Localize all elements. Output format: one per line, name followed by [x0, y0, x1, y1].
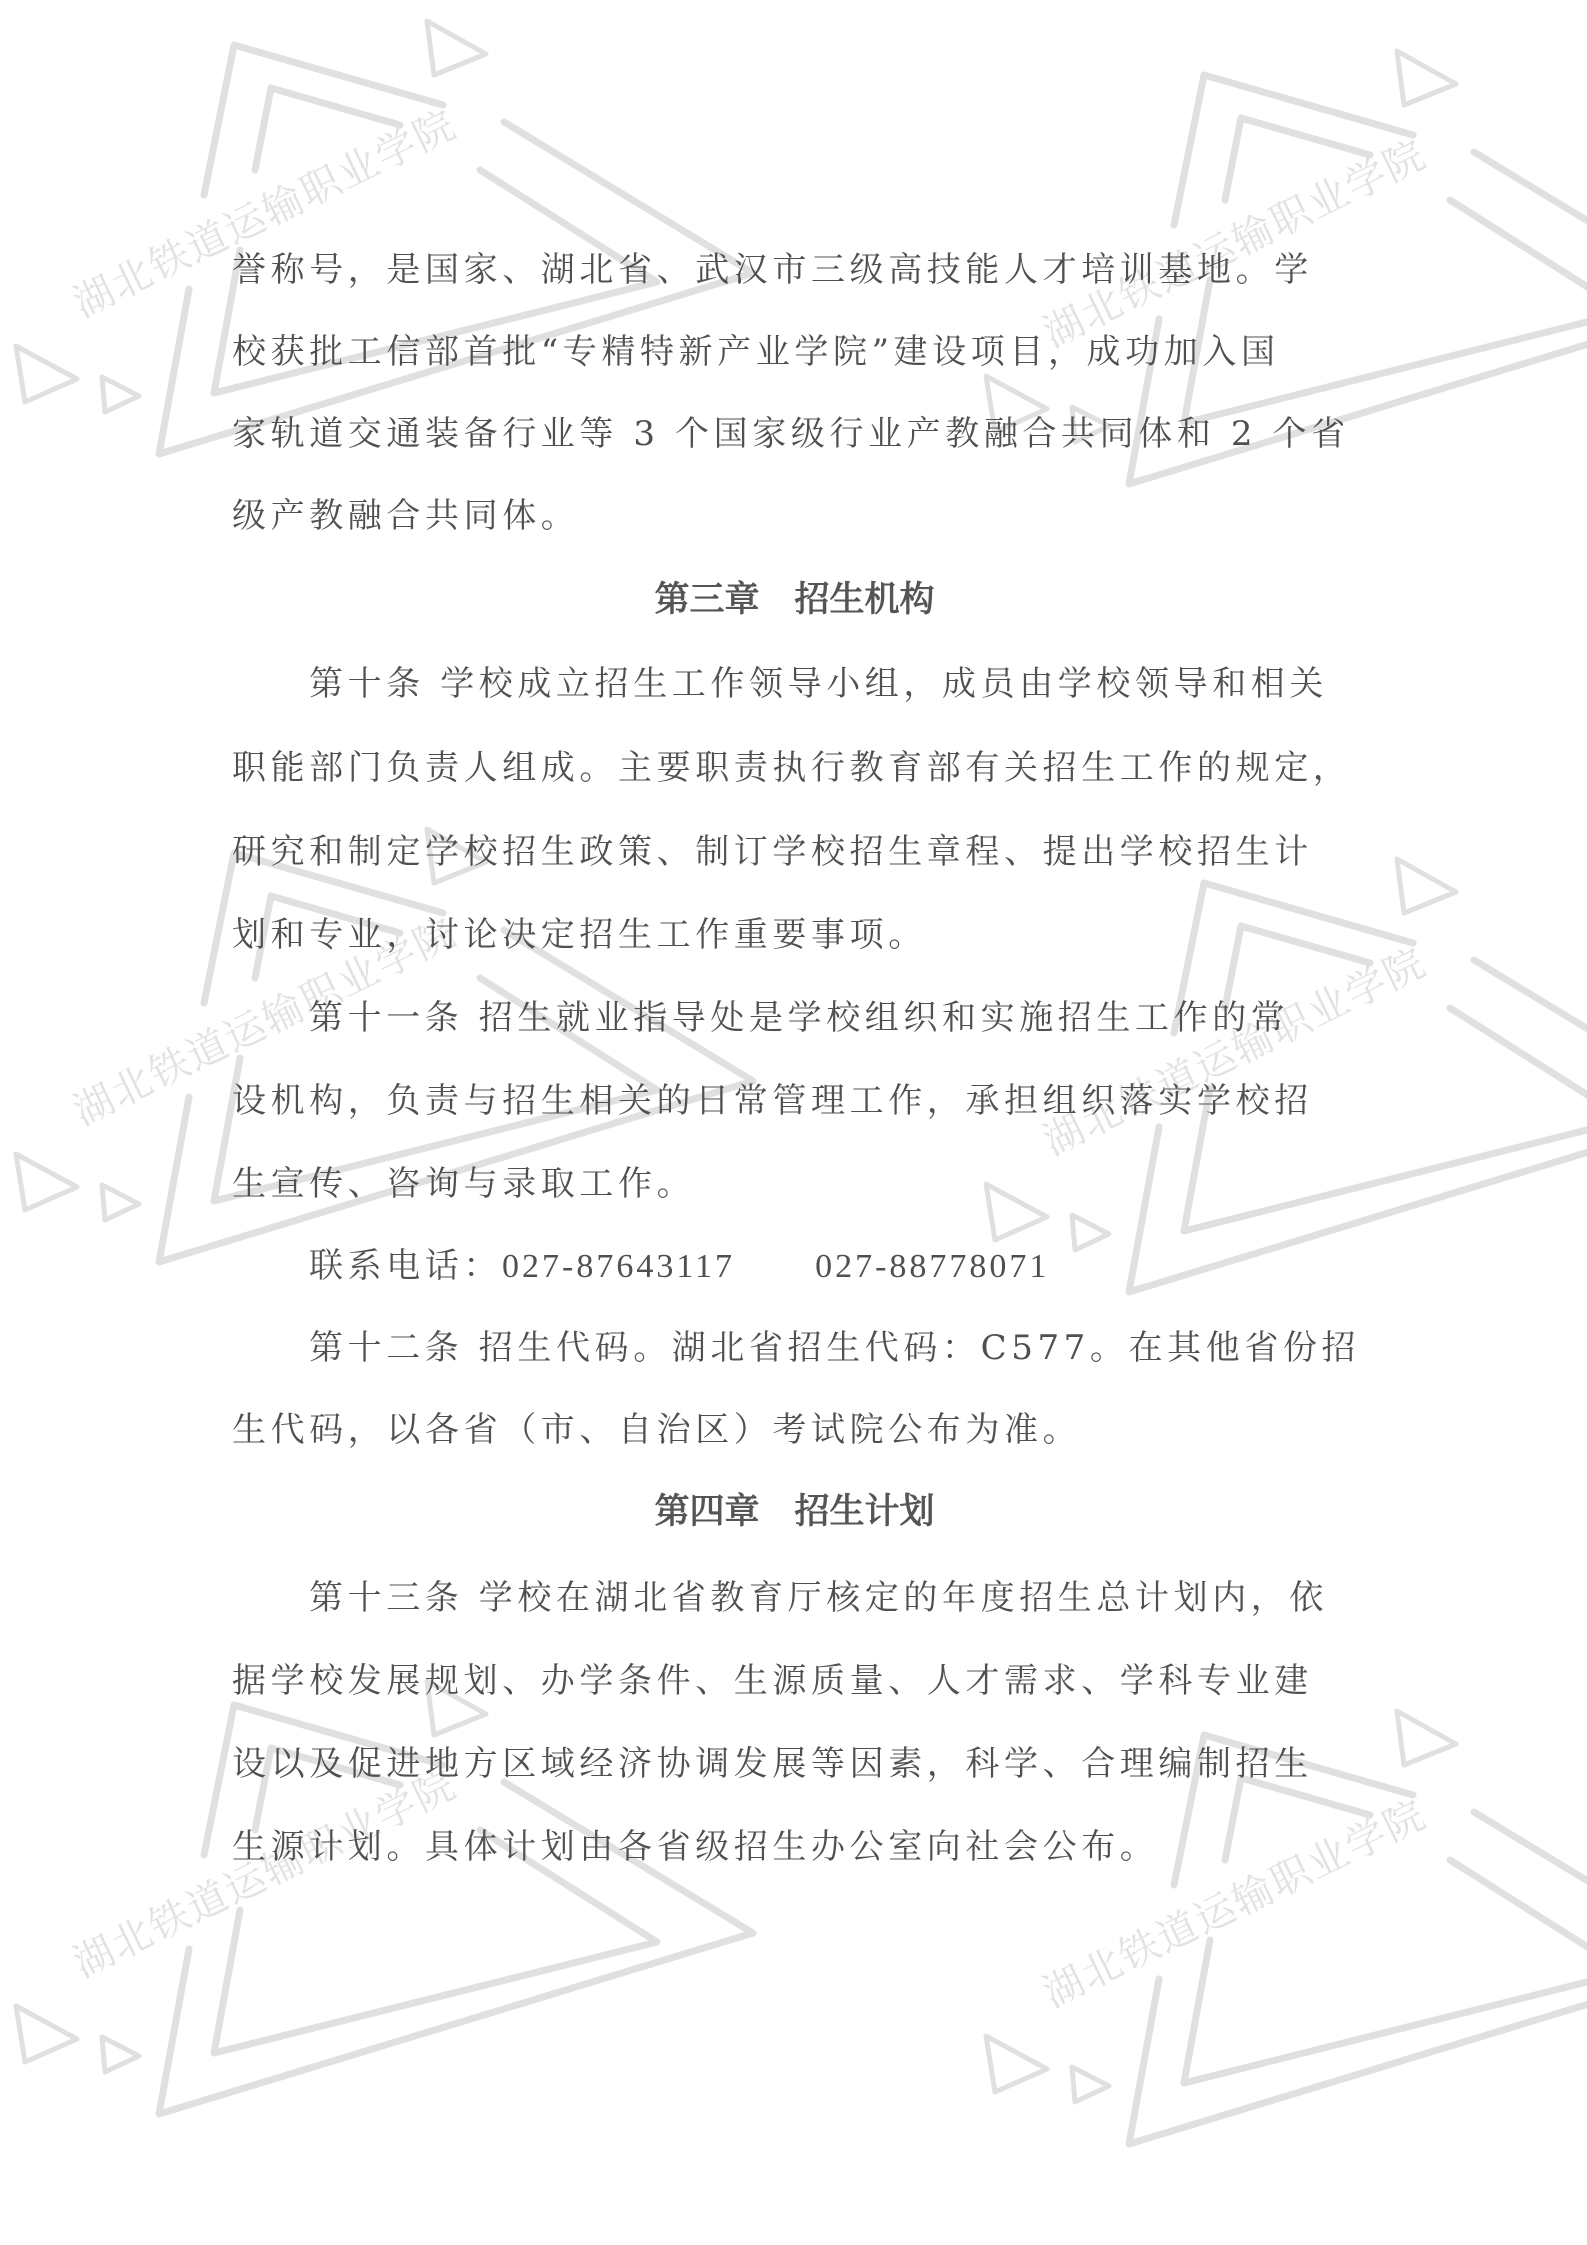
- text-line: 生源计划。具体计划由各省级招生办公室向社会公布。: [232, 1827, 1158, 1867]
- text-line: 设以及促进地方区域经济协调发展等因素，科学、合理编制招生: [232, 1744, 1313, 1784]
- text-line: 生宣传、咨询与录取工作。: [232, 1164, 695, 1204]
- text-line: 设机构，负责与招生相关的日常管理工作，承担组织落实学校招: [232, 1081, 1313, 1121]
- text-line: 据学校发展规划、办学条件、生源质量、人才需求、学科专业建: [232, 1661, 1313, 1701]
- text-line: 誉称号，是国家、湖北省、武汉市三级高技能人才培训基地。学: [232, 250, 1313, 290]
- text-line: 生代码，以各省（市、自治区）考试院公布为准。: [232, 1410, 1081, 1450]
- text-line: 第十二条 招生代码。湖北省招生代码：C577。在其他省份招: [309, 1328, 1360, 1368]
- text-line: 划和专业，讨论决定招生工作重要事项。: [232, 915, 927, 955]
- text-line: 第十一条 招生就业指导处是学校组织和实施招生工作的常: [309, 998, 1289, 1038]
- phone-number-1: 027-87643117: [502, 1248, 735, 1285]
- text-line: 级产教融合共同体。: [232, 496, 579, 536]
- text-line: 第十条 学校成立招生工作领导小组，成员由学校领导和相关: [309, 664, 1328, 704]
- chapter-4-heading: 第四章 招生计划: [232, 1492, 1357, 1532]
- phone-number-2: 027-88778071: [815, 1248, 1049, 1285]
- text-line: 研究和制定学校招生政策、制订学校招生章程、提出学校招生计: [232, 832, 1313, 872]
- document-page: 湖北铁道运输职业学院 誉称号，是国家、湖北省、武汉市三级高技能人才培训基地。学 …: [0, 0, 1587, 2245]
- contact-label: 联系电话：: [309, 1246, 502, 1286]
- chapter-3-heading: 第三章 招生机构: [232, 580, 1357, 620]
- text-line: 家轨道交通装备行业等 3 个国家级行业产教融合共同体和 2 个省: [232, 414, 1350, 454]
- text-line: 校获批工信部首批“专精特新产业学院”建设项目，成功加入国: [232, 332, 1280, 372]
- text-line: 第十三条 学校在湖北省教育厅核定的年度招生总计划内，依: [309, 1578, 1328, 1618]
- text-line: 职能部门负责人组成。主要职责执行教育部有关招生工作的规定，: [232, 748, 1351, 788]
- contact-phone-line: 联系电话：027-87643117027-88778071: [309, 1246, 1049, 1287]
